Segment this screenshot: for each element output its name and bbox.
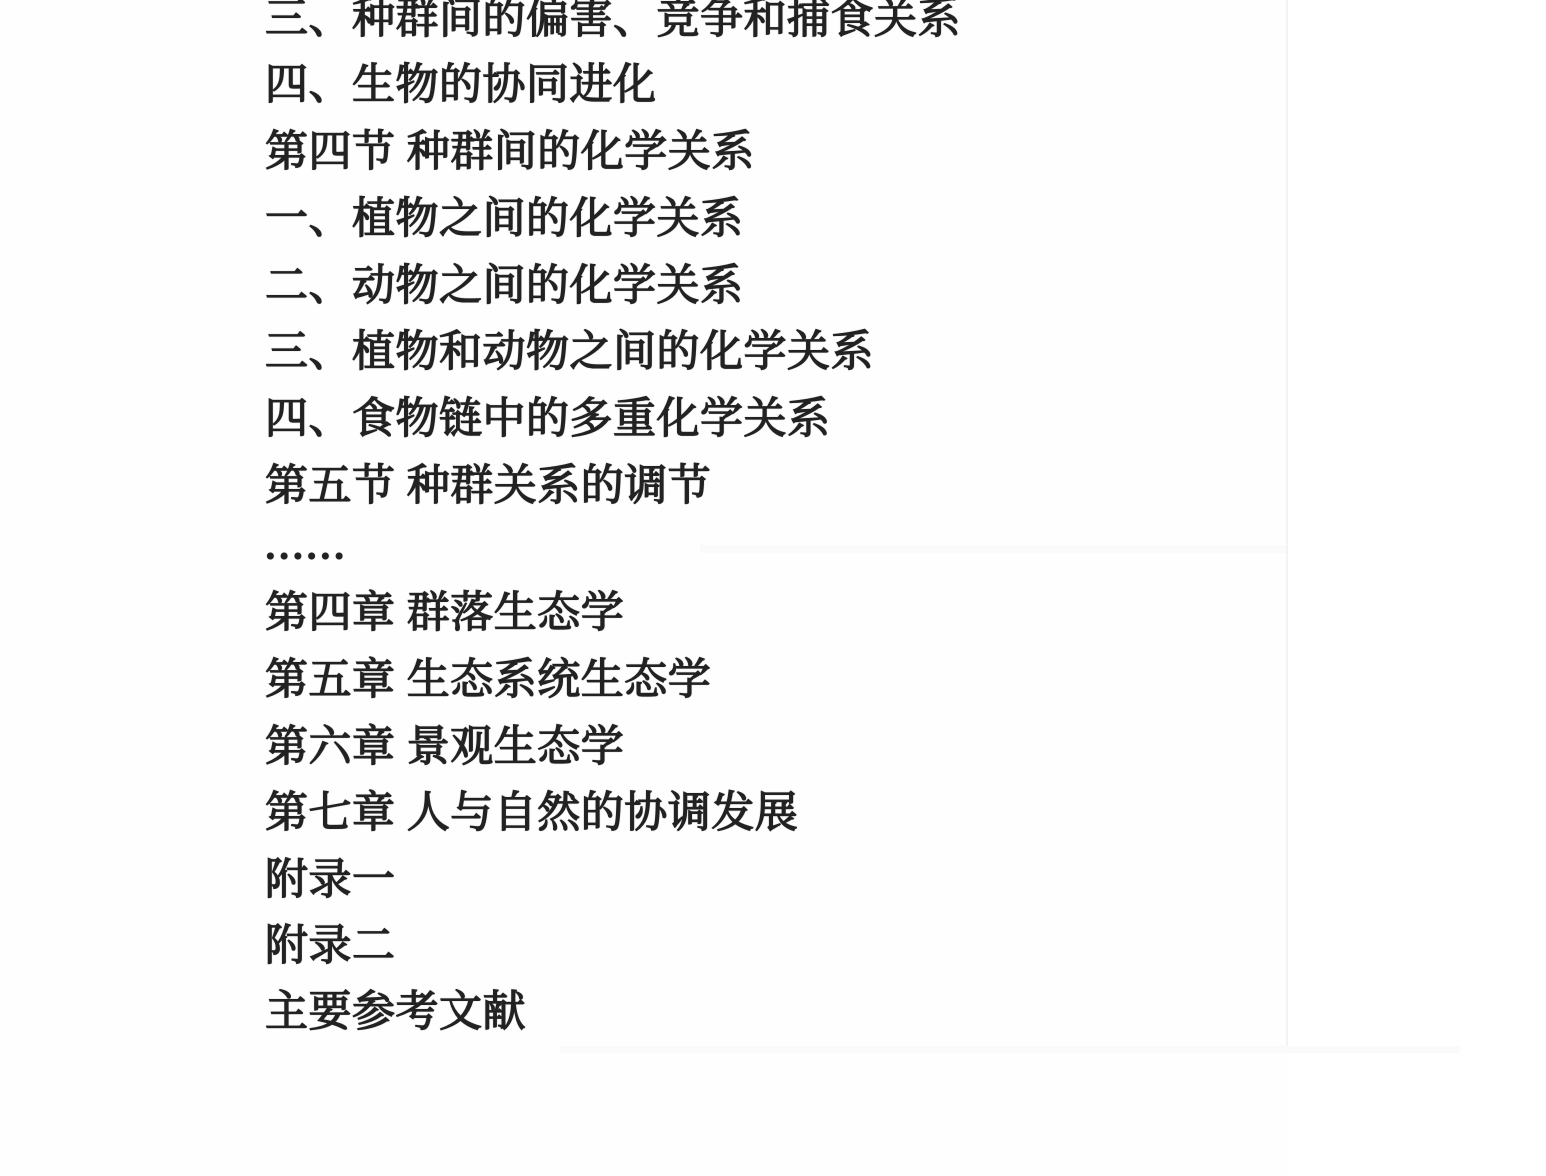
toc-line-chapter: 第七章 人与自然的协调发展 [265, 792, 798, 835]
toc-line-references: 主要参考文献 [265, 991, 526, 1034]
toc-line-appendix: 附录二 [265, 925, 396, 968]
toc-line-item: 四、生物的协同进化 [265, 64, 657, 107]
paper-background [0, 0, 1288, 1176]
toc-line-section: 第四节 种群间的化学关系 [265, 131, 755, 174]
toc-line-ellipsis: ...... [265, 524, 348, 567]
toc-line-item: 三、种群间的偏害、竞争和捕食关系 [265, 0, 961, 41]
toc-line-item: 二、动物之间的化学关系 [265, 265, 744, 308]
toc-line-item: 一、植物之间的化学关系 [265, 198, 744, 241]
toc-line-item: 四、食物链中的多重化学关系 [265, 398, 831, 441]
toc-line-section: 第五节 种群关系的调节 [265, 465, 711, 508]
toc-line-chapter: 第四章 群落生态学 [265, 592, 624, 635]
paper-edge-artifact [1286, 0, 1288, 1046]
toc-line-item: 三、植物和动物之间的化学关系 [265, 331, 874, 374]
toc-line-chapter: 第六章 景观生态学 [265, 726, 624, 769]
scan-artifact-band [560, 1046, 1460, 1053]
toc-line-appendix: 附录一 [265, 859, 396, 902]
toc-line-chapter: 第五章 生态系统生态学 [265, 659, 711, 702]
scanned-page: 三、种群间的偏害、竞争和捕食关系 四、生物的协同进化 第四节 种群间的化学关系 … [0, 0, 1546, 1176]
scan-artifact-band [700, 545, 1286, 553]
